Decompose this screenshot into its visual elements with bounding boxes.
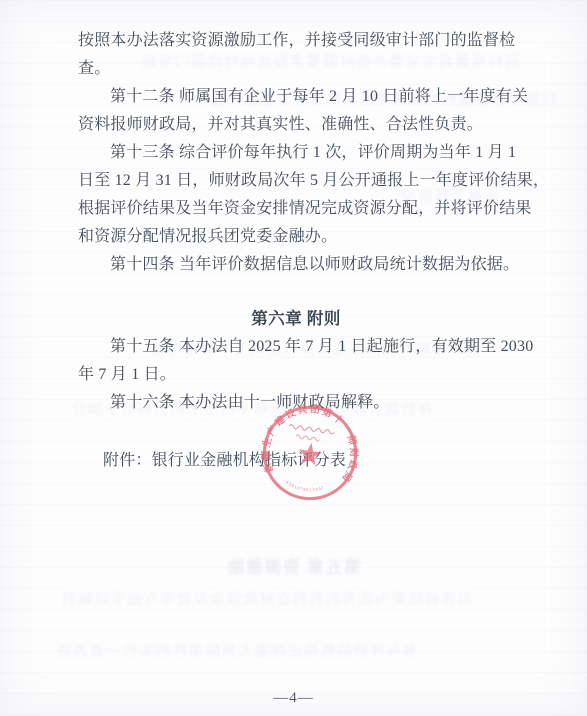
article-15-line: 第十五条 本办法自 2025 年 7 月 1 日起施行，有效期至 2030 (78, 333, 514, 361)
body-line: 按照本办法落实资源激励工作，并接受同级审计部门的监督检 (78, 27, 514, 55)
article-14-line: 第十四条 当年评价数据信息以师财政局统计数据为依据。 (78, 251, 514, 279)
svg-text:新疆生产建设兵团第十一师财政局: 新疆生产建设兵团第十一师财政局 (258, 401, 362, 487)
article-13-line: 和资源分配情况报兵团党委金融办。 (78, 223, 514, 251)
official-seal: 新疆生产建设兵团第十一师财政局 6501078013947 (258, 401, 362, 505)
bleedthrough-text: 参与评价的机构出现重大风险事件的实行一票否决 (55, 640, 418, 661)
seal-org-text: 新疆生产建设兵团第十一师财政局 (258, 401, 362, 487)
article-12-line: 资料报师财政局，并对其真实性、准确性、合法性负责。 (78, 111, 514, 139)
article-13-line: 根据评价结果及当年资金安排情况完成资源分配，并将评价结果 (78, 195, 514, 223)
uyghur-script-line (289, 424, 335, 434)
article-13-line: 第十三条 综合评价每年执行 1 次，评价周期为当年 1 月 1 (78, 139, 514, 167)
bleedthrough-text: 第五章 资源激励 (0, 553, 587, 578)
article-15-line: 年 7 月 1 日。 (78, 361, 514, 389)
seal-serial-number: 6501078013947 (284, 479, 326, 495)
article-12-line: 第十二条 师属国有企业于每年 2 月 10 日前将上一年度有关 (78, 83, 514, 111)
bleedthrough-text: 对评价结果为优秀的机构在财政资金存放等方面予以倾斜 (60, 588, 473, 609)
body-line: 查。 (78, 55, 514, 83)
blank-line (78, 279, 514, 305)
star-icon (297, 441, 323, 466)
scanned-document-page: 资料质量真实完整并按时限要求报送师财政部门审核 以银行业金融机构综合考核评价体系… (0, 0, 587, 716)
svg-text:6501078013947: 6501078013947 (284, 479, 326, 495)
chapter-heading: 第六章 附则 (78, 305, 514, 333)
uyghur-script-line (296, 435, 320, 442)
article-13-line: 日至 12 月 31 日，师财政局次年 5 月公开通报上一年度评价结果， (78, 167, 514, 195)
page-number: —4— (0, 690, 587, 707)
